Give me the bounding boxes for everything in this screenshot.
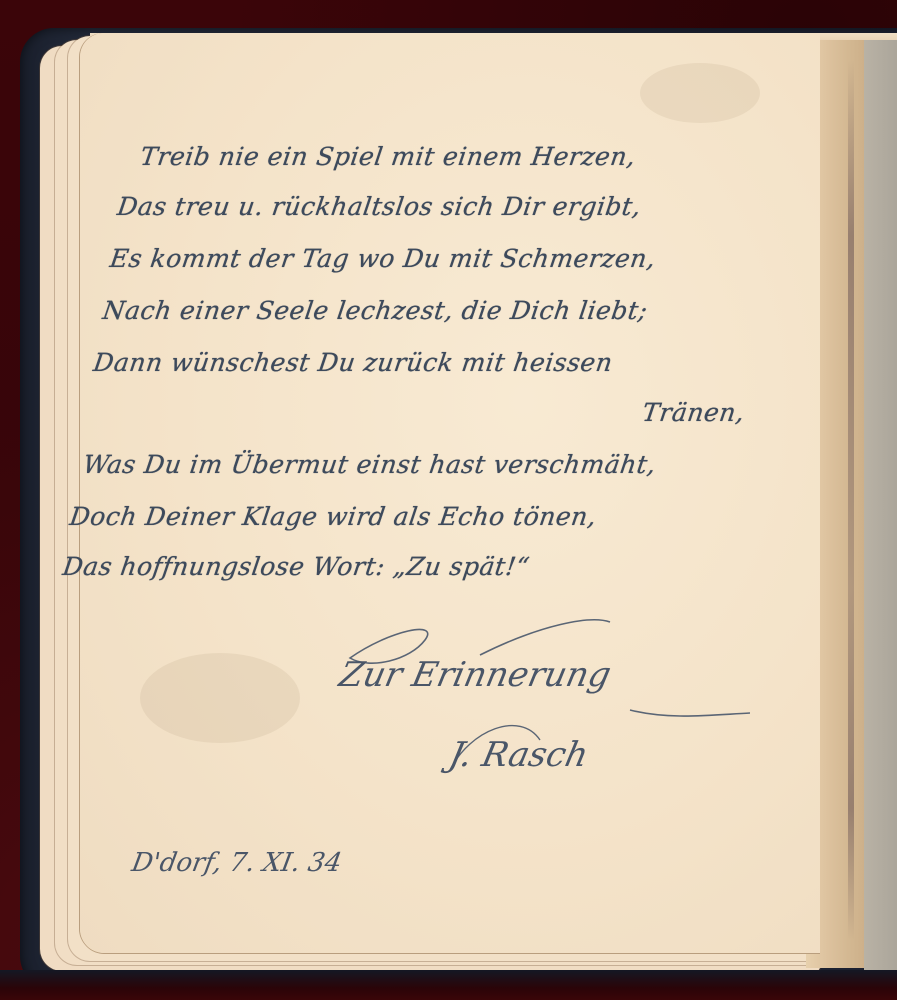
signature: J. Rasch xyxy=(446,735,592,775)
poem-line: Das treu u. rückhaltslos sich Dir ergibt… xyxy=(115,192,643,221)
paper-stain xyxy=(140,653,300,743)
poem-line: Treib nie ein Spiel mit einem Herzen, xyxy=(139,142,638,171)
place-text: D'dorf, xyxy=(129,848,224,878)
facing-page-edge xyxy=(864,40,897,970)
poem-line: Das hoffnungslose Wort: „Zu spät!“ xyxy=(61,552,532,581)
poem-line: Es kommt der Tag wo Du mit Schmerzen, xyxy=(108,244,657,273)
album-bottom-edge xyxy=(0,970,897,1000)
poem-line: Dann wünschest Du zurück mit heissen xyxy=(92,348,615,377)
poem-line: Doch Deiner Klage wird als Echo tönen, xyxy=(68,502,599,531)
date-text: 7. XI. 34 xyxy=(227,848,344,878)
dedication-text: Zur Erinnerung xyxy=(336,655,615,695)
dateline: D'dorf, 7. XI. 34 xyxy=(129,848,344,878)
album-page xyxy=(80,33,820,953)
poem-line: Was Du im Übermut einst hast verschmäht, xyxy=(81,450,658,479)
poem-line: Tränen, xyxy=(641,398,747,427)
gutter-shadow xyxy=(848,60,854,940)
paper-stain xyxy=(640,63,760,123)
poem-line: Nach einer Seele lechzest, die Dich lieb… xyxy=(101,296,650,325)
